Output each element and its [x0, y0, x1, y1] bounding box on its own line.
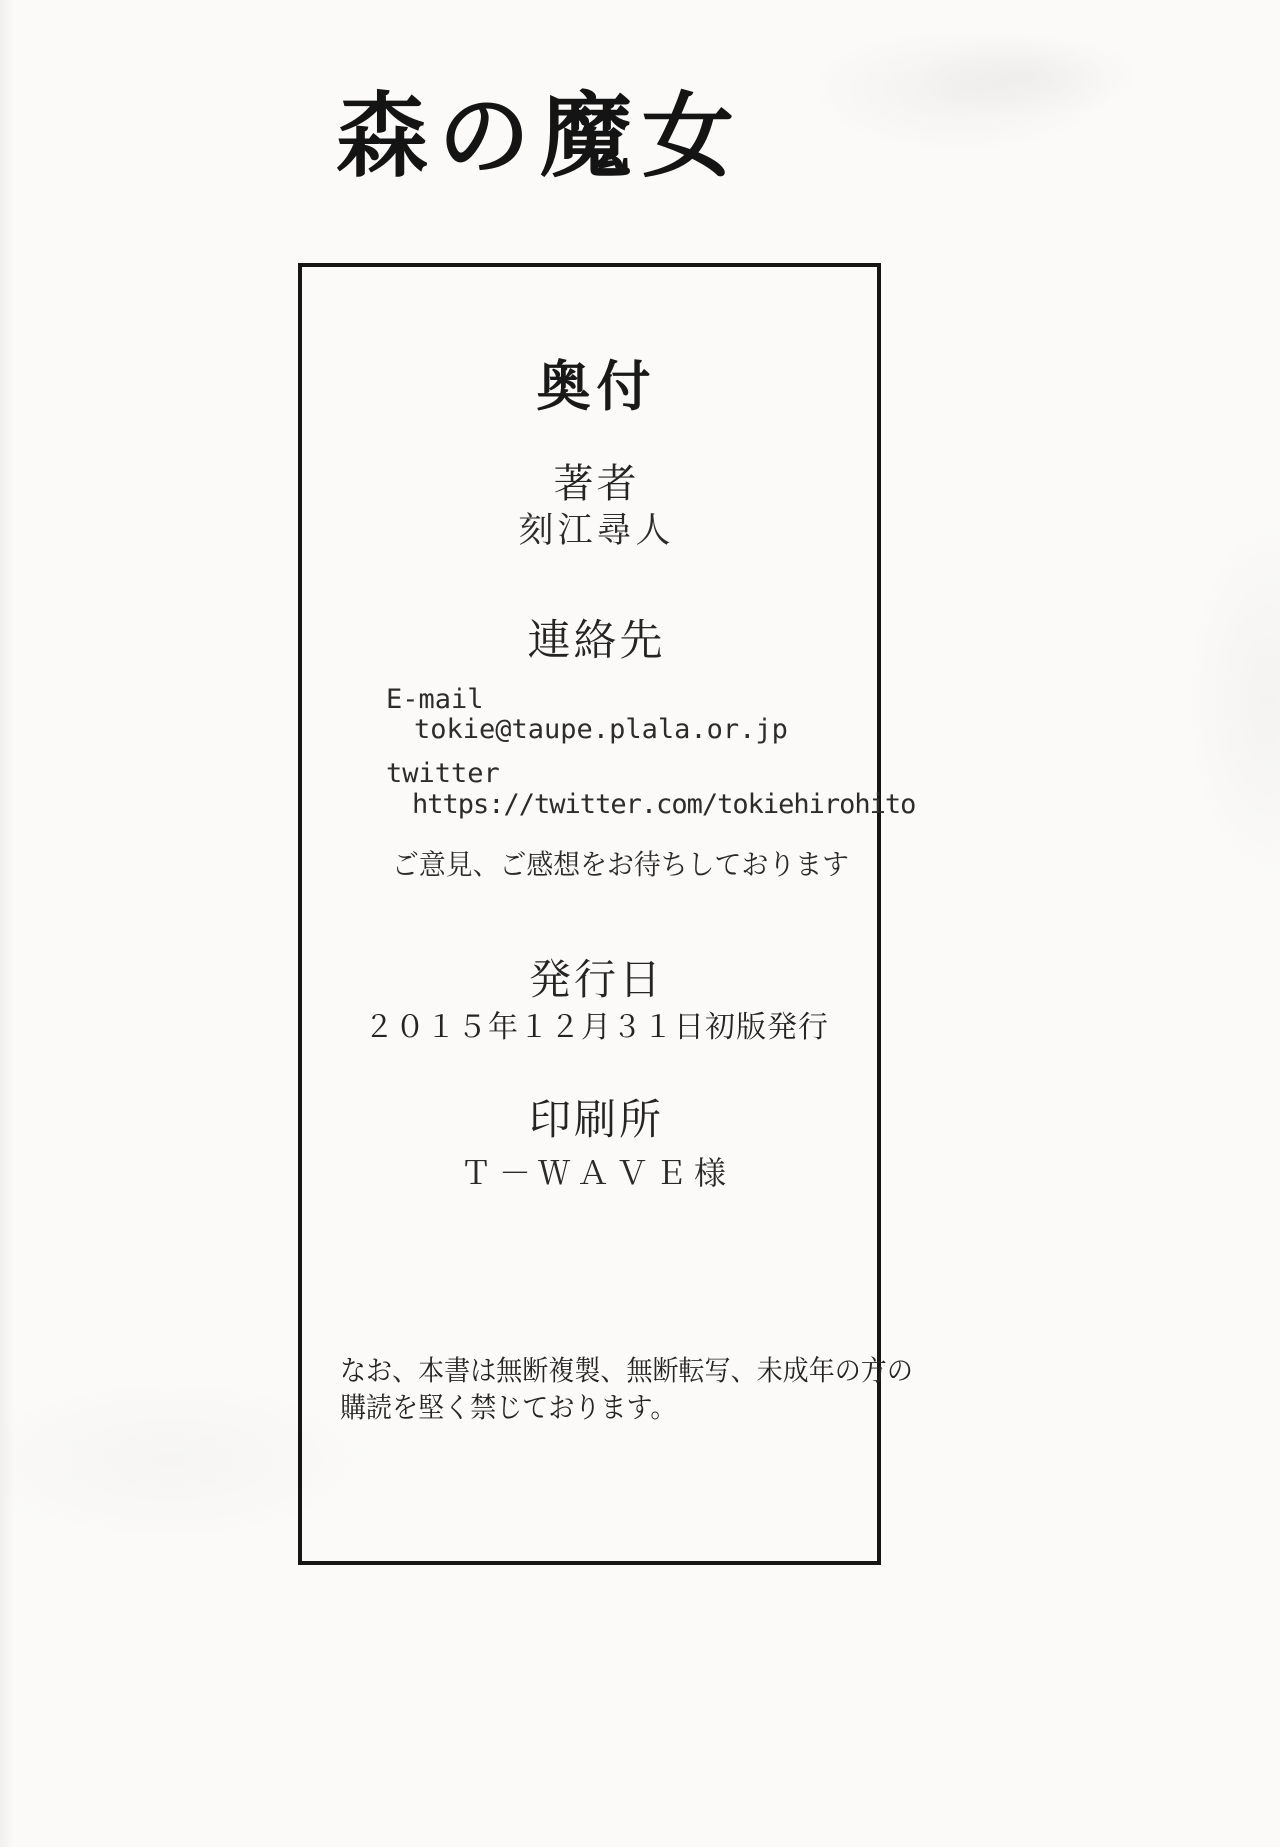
printer-name: Ｔ－ＷＡＶＥ様 [302, 1148, 877, 1194]
colophon-heading: 奥付 [302, 344, 877, 421]
twitter-label: twitter [386, 758, 500, 789]
scanned-colophon-page: 森の魔女 奥付 著者 刻江尋人 連絡先 E-mail tokie@taupe.p… [0, 0, 1280, 1847]
email-address: tokie@taupe.plala.or.jp [414, 714, 788, 745]
twitter-url: https://twitter.com/tokiehirohito [412, 789, 915, 820]
disclaimer-line-2: 購読を堅く禁じております。 [340, 1389, 676, 1426]
publication-date: ２０１５年１２月３１日初版発行 [302, 1002, 877, 1046]
printer-section-label: 印刷所 [302, 1087, 877, 1147]
book-title: 森の魔女 [0, 84, 1080, 190]
email-label: E-mail [386, 684, 484, 715]
disclaimer-line-1: なお、本書は無断複製、無断転写、未成年の方の [340, 1352, 913, 1389]
feedback-note: ご意見、ご感想をお待ちしております [392, 843, 849, 883]
contact-section-label: 連絡先 [302, 607, 877, 668]
publication-date-section-label: 発行日 [302, 947, 877, 1007]
colophon-box: 奥付 著者 刻江尋人 連絡先 E-mail tokie@taupe.plala.… [298, 263, 881, 1565]
author-name: 刻江尋人 [302, 503, 877, 553]
author-section-label: 著者 [302, 452, 877, 509]
